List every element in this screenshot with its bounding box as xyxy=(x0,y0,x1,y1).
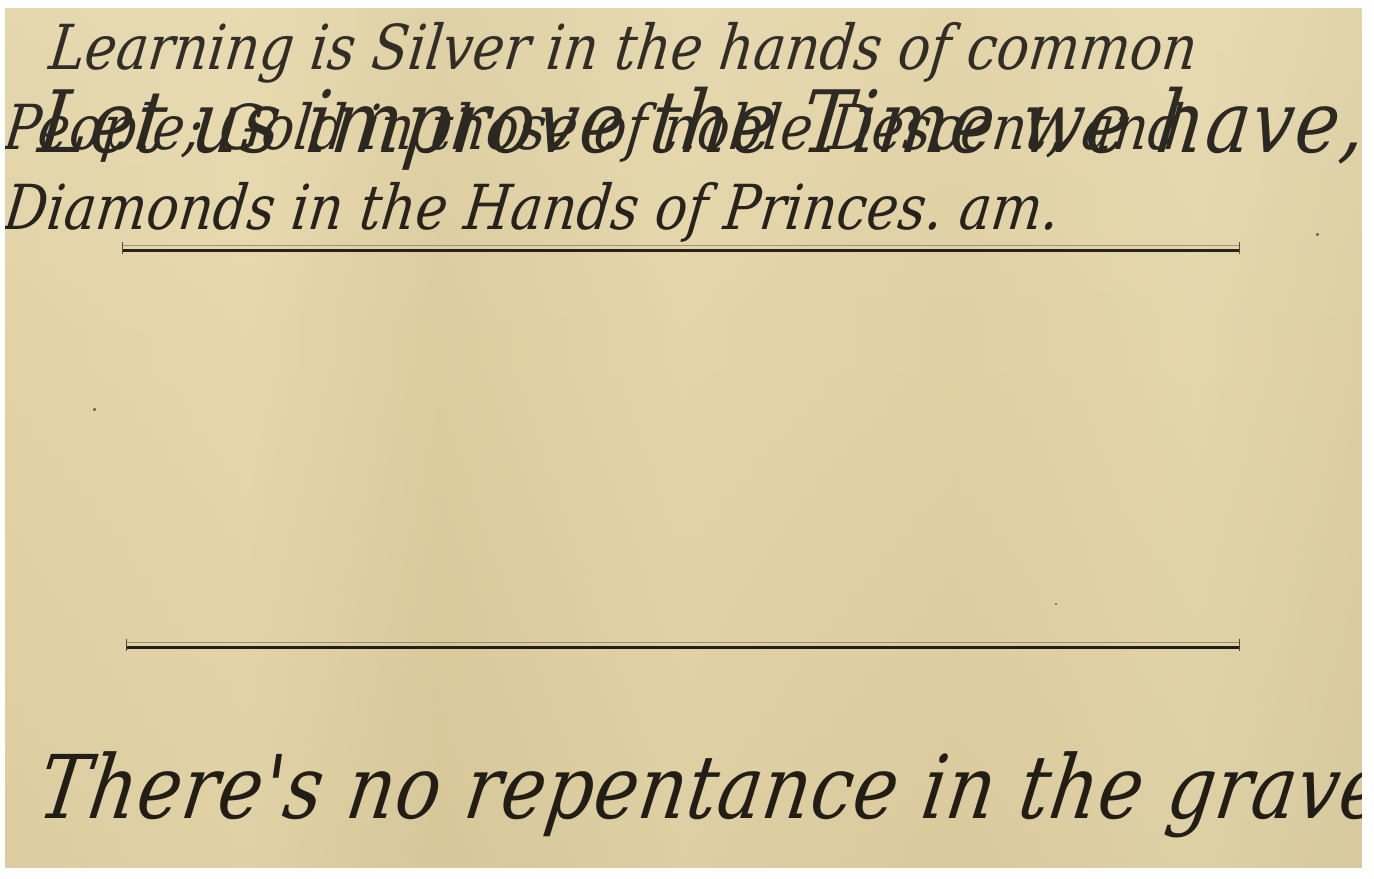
body-line-3: Diamonds in the Hands of Princes. am. xyxy=(5,168,956,248)
body-line-2: People; Gold in those of noble Descent, … xyxy=(5,88,956,168)
rule-hairline xyxy=(126,642,1240,643)
body-paragraph: Learning is Silver in the hands of commo… xyxy=(5,8,1105,248)
rule-end-cap-right xyxy=(1239,242,1240,254)
ink-speck xyxy=(1316,233,1319,236)
copybook-page: Let us improve the Time we have, Learnin… xyxy=(5,8,1362,868)
divider-rule-bottom xyxy=(126,642,1240,652)
rule-end-cap-left xyxy=(126,639,127,651)
body-line-1: Learning is Silver in the hands of commo… xyxy=(45,8,962,88)
rule-end-cap-right xyxy=(1239,639,1240,651)
ink-speck xyxy=(93,408,96,411)
ink-speck xyxy=(1055,603,1057,605)
rule-heavy-line xyxy=(122,249,1240,252)
rule-heavy-line xyxy=(126,646,1240,649)
headline-bottom: There's no repentance in the grave. xyxy=(32,733,1362,843)
